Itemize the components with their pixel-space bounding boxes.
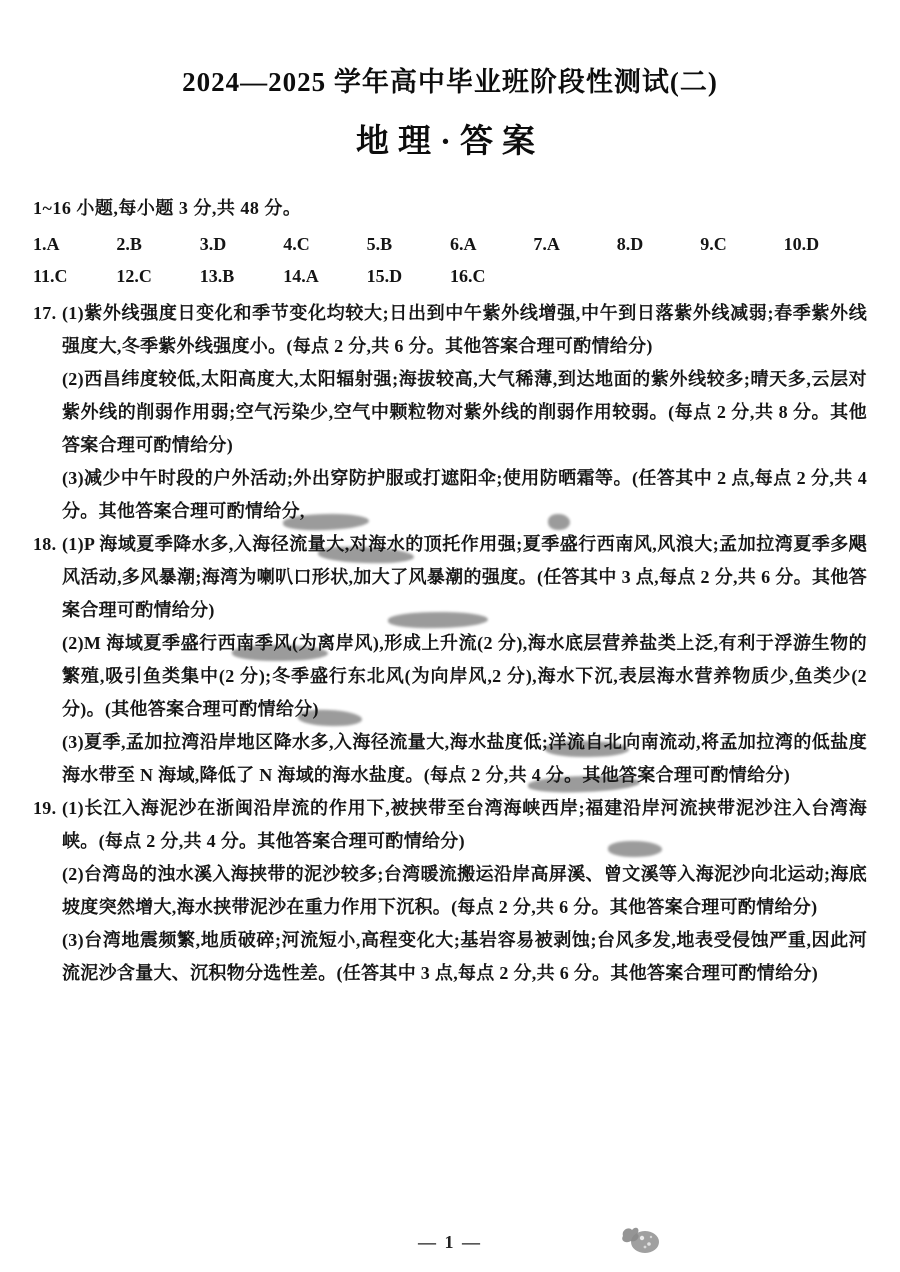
question-19-part-2: (2)台湾岛的浊水溪入海挟带的泥沙较多;台湾暖流搬运沿岸高屏溪、曾文溪等入海泥沙…	[62, 858, 867, 924]
question-19-part-1: 19.(1)长江入海泥沙在浙闽沿岸流的作用下,被挟带至台湾海峡西岸;福建沿岸河流…	[62, 792, 867, 858]
question-18: 18.(1)P 海域夏季降水多,入海径流量大,对海水的顶托作用强;夏季盛行西南风…	[33, 528, 867, 792]
question-17-part-3: (3)减少中午时段的户外活动;外出穿防护服或打遮阳伞;使用防晒霜等。(任答其中 …	[62, 462, 867, 528]
question-19-number: 19.	[33, 792, 56, 825]
page-footer: — 1 —	[0, 1232, 900, 1253]
mcq-answer-12: 12.C	[116, 261, 199, 292]
question-17-number: 17.	[33, 297, 56, 330]
question-19-part-1-text: (1)长江入海泥沙在浙闽沿岸流的作用下,被挟带至台湾海峡西岸;福建沿岸河流挟带泥…	[62, 798, 867, 851]
question-17-part-1: 17.(1)紫外线强度日变化和季节变化均较大;日出到中午紫外线增强,中午到日落紫…	[62, 297, 867, 363]
mcq-answer-9: 9.C	[700, 229, 783, 260]
question-18-part-3: (3)夏季,孟加拉湾沿岸地区降水多,入海径流量大,海水盐度低;洋流自北向南流动,…	[62, 726, 867, 792]
mcq-answer-1: 1.A	[33, 229, 116, 260]
mcq-answer-16: 16.C	[450, 261, 533, 292]
free-response-answers: 17.(1)紫外线强度日变化和季节变化均较大;日出到中午紫外线增强,中午到日落紫…	[33, 297, 867, 990]
mcq-answer-10: 10.D	[784, 229, 867, 260]
mcq-answer-11: 11.C	[33, 261, 116, 292]
mcq-intro: 1~16 小题,每小题 3 分,共 48 分。	[33, 192, 867, 225]
mcq-answer-14: 14.A	[283, 261, 366, 292]
question-18-number: 18.	[33, 528, 56, 561]
page-subtitle: 地理·答案	[33, 115, 867, 162]
question-17-part-1-text: (1)紫外线强度日变化和季节变化均较大;日出到中午紫外线增强,中午到日落紫外线减…	[62, 303, 867, 356]
mcq-answers-row-2: 11.C 12.C 13.B 14.A 15.D 16.C	[33, 261, 867, 292]
page-title: 2024—2025 学年高中毕业班阶段性测试(二)	[33, 60, 867, 99]
question-19: 19.(1)长江入海泥沙在浙闽沿岸流的作用下,被挟带至台湾海峡西岸;福建沿岸河流…	[33, 792, 867, 990]
question-17-part-2: (2)西昌纬度较低,太阳高度大,太阳辐射强;海拔较高,大气稀薄,到达地面的紫外线…	[62, 363, 867, 462]
mcq-answer-13: 13.B	[200, 261, 283, 292]
stamp-smudge	[615, 1222, 663, 1256]
page-number: — 1 —	[418, 1232, 482, 1252]
question-17: 17.(1)紫外线强度日变化和季节变化均较大;日出到中午紫外线增强,中午到日落紫…	[33, 297, 867, 528]
answer-key-page: 2024—2025 学年高中毕业班阶段性测试(二) 地理·答案 1~16 小题,…	[0, 0, 900, 990]
mcq-answer-8: 8.D	[617, 229, 700, 260]
mcq-answer-4: 4.C	[283, 229, 366, 260]
mcq-answer-15: 15.D	[367, 261, 450, 292]
mcq-answers-row-1: 1.A 2.B 3.D 4.C 5.B 6.A 7.A 8.D 9.C 10.D	[33, 229, 867, 260]
mcq-answer-5: 5.B	[367, 229, 450, 260]
mcq-answer-2: 2.B	[116, 229, 199, 260]
question-18-part-1: 18.(1)P 海域夏季降水多,入海径流量大,对海水的顶托作用强;夏季盛行西南风…	[62, 528, 867, 627]
mcq-answer-3: 3.D	[200, 229, 283, 260]
question-19-part-3: (3)台湾地震频繁,地质破碎;河流短小,高程变化大;基岩容易被剥蚀;台风多发,地…	[62, 924, 867, 990]
question-18-part-2: (2)M 海域夏季盛行西南季风(为离岸风),形成上升流(2 分),海水底层营养盐…	[62, 627, 867, 726]
mcq-answer-7: 7.A	[533, 229, 616, 260]
question-18-part-1-text: (1)P 海域夏季降水多,入海径流量大,对海水的顶托作用强;夏季盛行西南风,风浪…	[62, 534, 867, 620]
mcq-answer-6: 6.A	[450, 229, 533, 260]
